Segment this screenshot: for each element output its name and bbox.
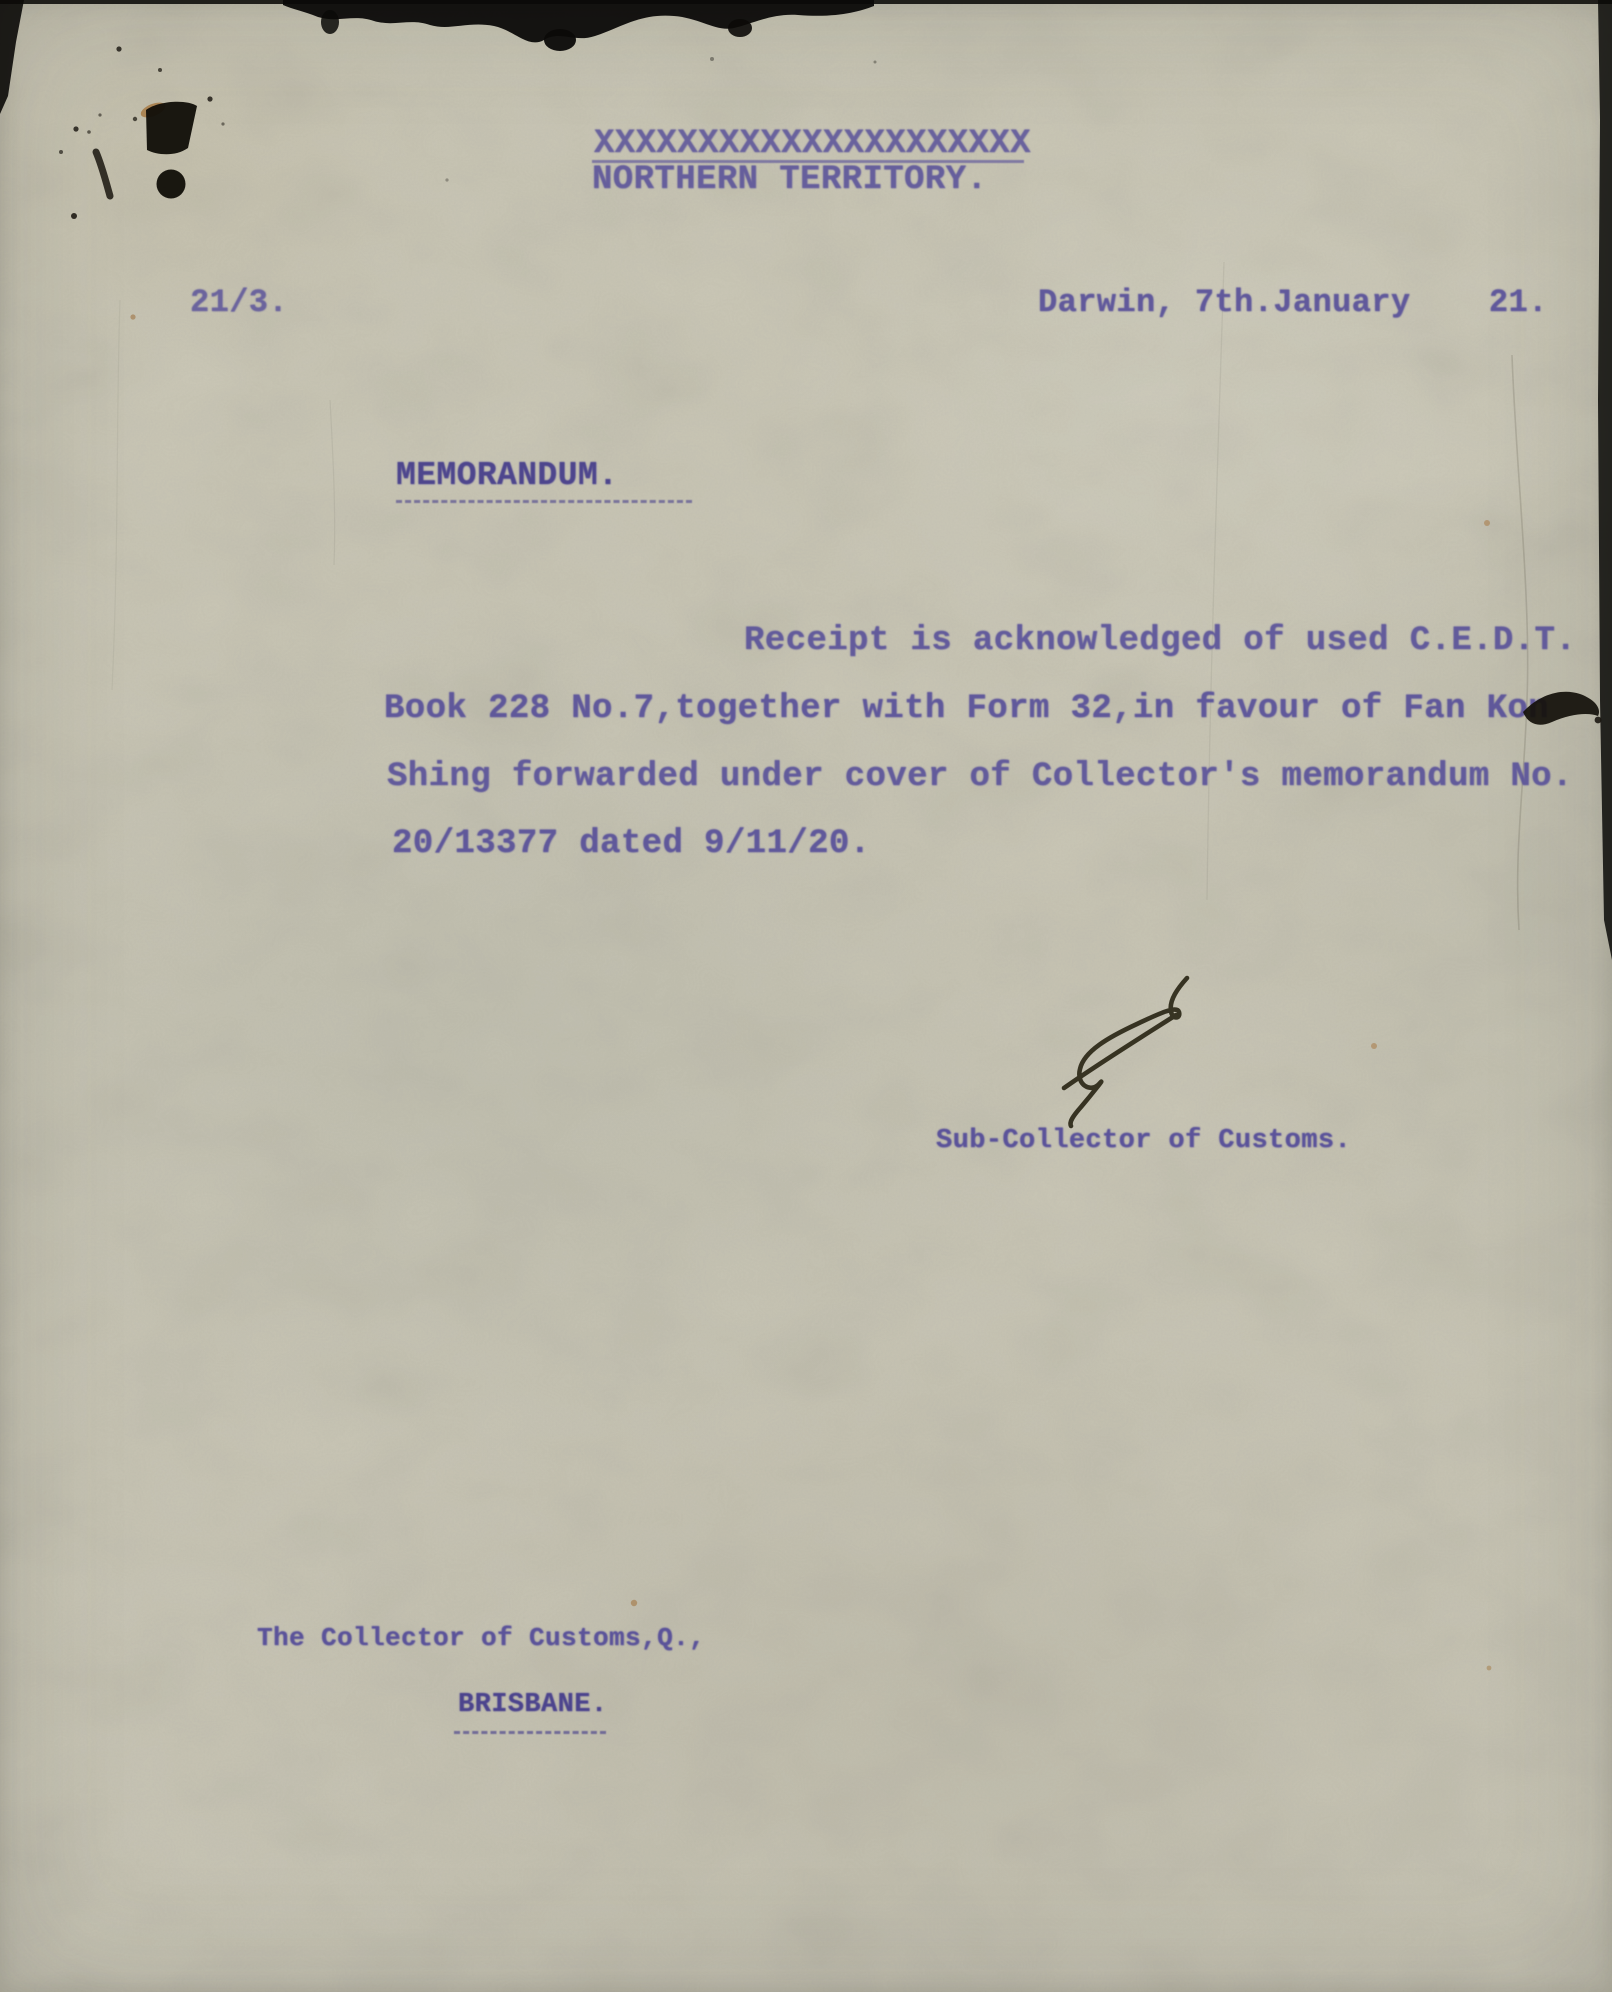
memo-heading: MEMORANDUM. [396,459,618,492]
reference-number: 21/3. [190,287,288,319]
body-line-1: Receipt is acknowledged of used C.E.D.T. [744,624,1576,658]
header-region: NORTHERN TERRITORY. [592,163,987,197]
addressee-city-underline [454,1731,606,1734]
signature-mark [1040,966,1220,1141]
memo-heading-underline [396,500,692,503]
header-x-line: XXXXXXXXXXXXXXXXXXXXX [594,127,1031,161]
signature-title: Sub-Collector of Customs. [936,1128,1351,1155]
addressee-city: BRISBANE. [458,1692,607,1719]
memorandum-page: XXXXXXXXXXXXXXXXXXXXX NORTHERN TERRITORY… [0,0,1612,1992]
addressee-line: The Collector of Customs,Q., [257,1625,705,1651]
body-line-2: Book 228 No.7,together with Form 32,in f… [384,692,1549,726]
dateline: Darwin, 7th.January 21. [1038,287,1548,319]
body-line-3: Shing forwarded under cover of Collector… [387,760,1573,794]
body-line-4: 20/13377 dated 9/11/20. [392,827,870,861]
